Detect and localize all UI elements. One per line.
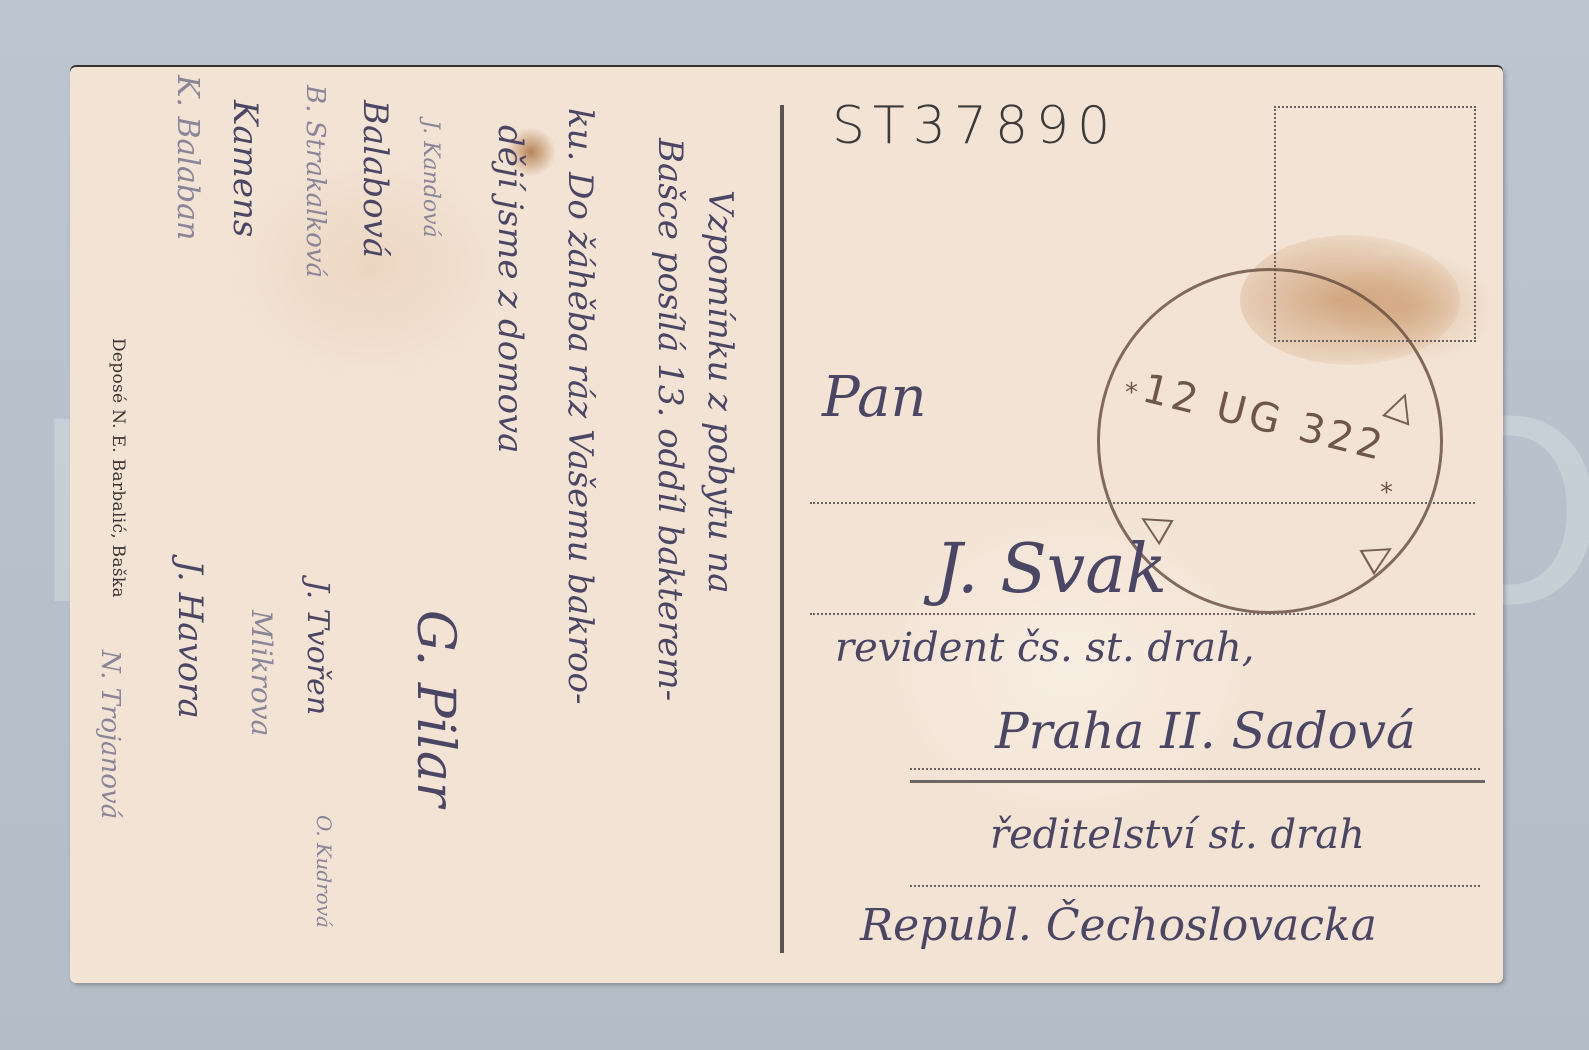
publisher-imprint: Deposé N. E. Barbalić, Baška: [108, 338, 128, 598]
message-line-5: J. Kandová: [418, 120, 443, 238]
address-line-3: ředitelství st. drah: [990, 812, 1365, 858]
signature: J. Tvořen: [300, 580, 335, 715]
signature: Balabová: [355, 100, 395, 258]
message-line-2: Bašce posílá 13. oddíl bakterem-: [650, 138, 690, 701]
signature: N. Trojanová: [95, 650, 125, 819]
address-salutation: Pan: [822, 365, 927, 430]
inventory-number: ST37890: [832, 96, 1118, 156]
address-line-1: revident čs. st. drah,: [835, 625, 1254, 671]
signature: B. Strakalková: [300, 85, 330, 278]
address-line: [810, 502, 1475, 504]
address-line: [810, 613, 1475, 615]
address-line-4: Republ. Čechoslovacka: [860, 900, 1377, 951]
address-line-2: Praha II. Sadová: [995, 702, 1416, 760]
message-line-3: ku. Do žáhěba ráz Vašemu bakroo-: [560, 108, 600, 704]
signature: J. Havora: [170, 560, 210, 719]
center-divider: [780, 105, 784, 953]
address-line: [910, 768, 1480, 770]
postmark-star-icon: *: [1125, 378, 1138, 408]
signature: K. Balaban: [170, 75, 205, 240]
address-line: [910, 780, 1485, 783]
signature: Kamens: [225, 100, 265, 237]
signature: Mlikrova: [245, 610, 278, 736]
address-line: [910, 885, 1480, 887]
signature: G. Pilar: [405, 610, 465, 807]
message-line-1: Vzpomínku z pobytu na: [700, 190, 740, 593]
address-name: J. Svak: [935, 530, 1167, 609]
message-line-4: dějí jsme z domova: [490, 125, 530, 453]
signature: O. Kudrová: [312, 815, 336, 928]
